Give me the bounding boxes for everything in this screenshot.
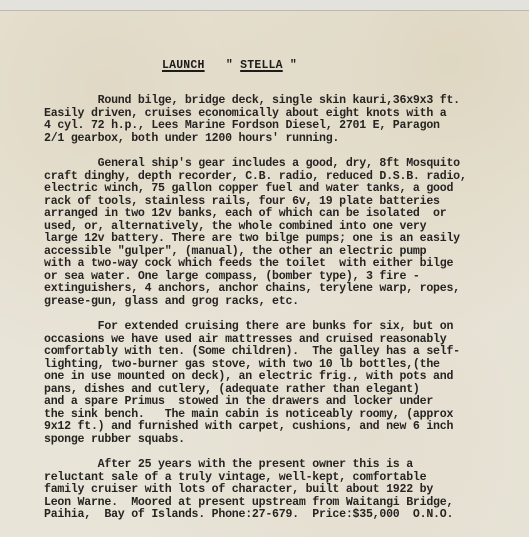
text-line: 9x12 ft.) and furnished with carpet, cus… [44, 421, 514, 434]
text-line: For extended cruising there are bunks fo… [44, 321, 514, 334]
paragraph-hull-engine: Round bilge, bridge deck, single skin ka… [44, 95, 514, 145]
text-line: arranged in two 12v banks, each of which… [44, 208, 514, 221]
text-line: Paihia, Bay of Islands. Phone:27-679. Pr… [44, 509, 514, 522]
document-title: LAUNCH " STELLA " [162, 59, 297, 72]
text-line: 2/1 gearbox, both under 1200 hours' runn… [44, 133, 514, 146]
title-quote-open: " [226, 59, 233, 72]
text-line: After 25 years with the present owner th… [44, 459, 514, 472]
paragraph-ships-gear: General ship's gear includes a good, dry… [44, 158, 514, 308]
paragraph-accommodation: For extended cruising there are bunks fo… [44, 321, 514, 446]
title-quote-close: " [290, 59, 297, 72]
text-line: sponge rubber squabs. [44, 434, 514, 447]
text-line: one in use mounted on deck), an electric… [44, 371, 514, 384]
text-line: extinguishers, 4 anchors, anchor chains,… [44, 283, 514, 296]
text-line: grease-gun, glass and grog racks, etc. [44, 296, 514, 309]
text-line: large 12v battery. There are two bilge p… [44, 233, 514, 246]
text-line: family cruiser with lots of character, b… [44, 484, 514, 497]
text-line: comfortably with ten. (Some children). T… [44, 346, 514, 359]
paragraph-sale-details: After 25 years with the present owner th… [44, 459, 514, 522]
text-line: electric winch, 75 gallon copper fuel an… [44, 183, 514, 196]
text-line: and a spare Primus stowed in the drawers… [44, 396, 514, 409]
text-line: Round bilge, bridge deck, single skin ka… [44, 95, 514, 108]
text-line: General ship's gear includes a good, dry… [44, 158, 514, 171]
text-line: with a two-way cock which feeds the toil… [44, 258, 514, 271]
title-boat-name: STELLA [240, 59, 283, 72]
title-launch: LAUNCH [162, 59, 205, 72]
typewritten-page: LAUNCH " STELLA " Round bilge, bridge de… [0, 10, 529, 537]
text-line: 4 cyl. 72 h.p., Lees Marine Fordson Dies… [44, 120, 514, 133]
document-body: Round bilge, bridge deck, single skin ka… [44, 95, 514, 535]
